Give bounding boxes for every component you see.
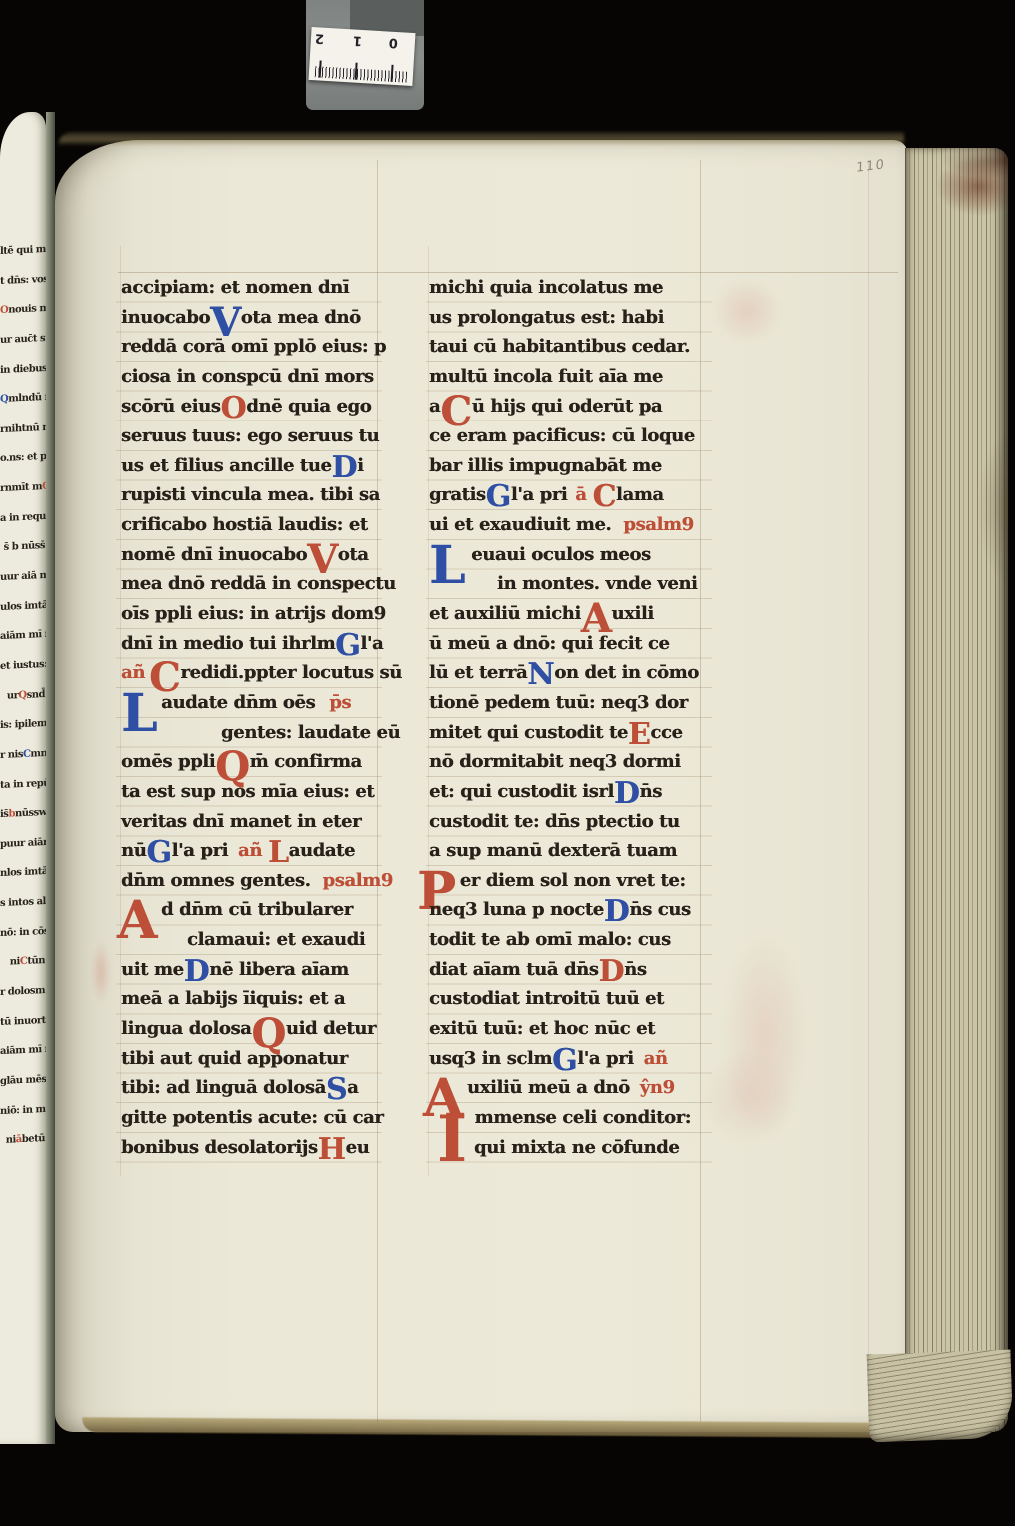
text-line: puur aiām (0, 828, 45, 860)
text-segment: psalm9 (322, 870, 392, 891)
text-line: rnmīt mC (0, 472, 45, 504)
text-segment: tū inuortū (0, 1014, 46, 1027)
text-line: Onouis mē (0, 294, 45, 326)
text-segment: ciosa in conspcū dnī mors (121, 366, 374, 387)
text-segment: seruus tuus: ego seruus tu (121, 425, 379, 446)
text-line: Per diem sol non vret te: (417, 866, 713, 896)
text-segment: añ (644, 1048, 668, 1069)
text-line: r dolosm unū (0, 976, 45, 1008)
text-segment: tibi: ad linguā dolosā (121, 1077, 326, 1098)
text-line: dn̄m omnes gentes.psalm9 (121, 866, 383, 896)
text-line: uur aiā mē (0, 561, 45, 593)
text-line: urQsnd̄ (0, 680, 45, 712)
text-column-right: michi quia incolatus meus prolongatus es… (429, 273, 713, 1162)
text-line: clamaui: et exaudi (187, 925, 383, 955)
text-line: is̄bnūssw (0, 798, 45, 830)
text-segment: psalm9 (623, 514, 693, 535)
text-line: seruus tuus: ego seruus tu (121, 421, 383, 451)
text-line: Immense celi conditor: (437, 1103, 713, 1133)
text-segment: michi quia incolatus me (429, 277, 663, 298)
text-segment: scōrū eius (121, 396, 220, 417)
text-segment: mmense celi conditor: (475, 1107, 691, 1128)
text-line: a sup manū dexterā tuam (429, 836, 713, 866)
text-line: neq3 luna p nocteDn̄s cus (429, 895, 713, 925)
text-segment: betū (22, 1133, 45, 1145)
text-line: michi quia incolatus me (429, 273, 713, 303)
text-segment: rnmīt m (0, 481, 42, 494)
red-initial: A (117, 890, 157, 951)
text-segment: audate (289, 840, 355, 861)
text-segment: et auxiliū michi (429, 603, 581, 624)
text-segment: s̄ b nūss̄ (4, 540, 45, 553)
text-line: bar illis impugnabāt me (429, 451, 713, 481)
text-segment: n̄s cus (629, 899, 690, 920)
text-segment: mnt (30, 748, 46, 760)
text-line: r nisCmnt (0, 739, 45, 771)
text-line: ciosa in conspcū dnī mors (121, 362, 383, 392)
text-segment: redidi.ppter locutus sū (180, 662, 401, 683)
text-segment: ni (6, 1135, 16, 1146)
text-segment: ur auc̄t suat (0, 332, 46, 346)
text-segment: Q (18, 689, 26, 700)
text-segment: rnihtnū n (0, 422, 46, 435)
text-line: tibi aut quid apponatur (121, 1044, 383, 1074)
text-segment: d dn̄m cū tribularer (161, 899, 353, 920)
text-segment: n̄s (624, 959, 646, 980)
manuscript-photo: 2 1 0 ltē qui maydt dn̄s: vostOnouis mēu… (0, 0, 1015, 1526)
text-segment: uxili (611, 603, 653, 624)
text-segment: in diebus mīs (0, 362, 46, 376)
text-line: ce eram pacificus: cū loque (429, 421, 713, 451)
text-segment: dnī in medio tui ihrlm (121, 633, 335, 654)
text-line: rupisti vincula mea. tibi sa (121, 480, 383, 510)
text-segment: nūssw (15, 807, 46, 819)
text-segment: nū (121, 840, 146, 861)
text-line: Ad dn̄m cū tribularer (117, 895, 383, 925)
text-line: Laudate dn̄m oēsp̄s (121, 688, 383, 718)
text-segment: m̄ confirma (250, 751, 362, 772)
text-segment: O (0, 305, 8, 316)
text-segment: ce eram pacificus: cū loque (429, 425, 695, 446)
text-line: tibi: ad linguā dolosāSa (121, 1073, 383, 1103)
text-segment: neq3 luna p nocte (429, 899, 604, 920)
text-line: t dn̄s: vost (0, 265, 45, 297)
text-segment: ur (7, 690, 19, 702)
text-segment: meā a labijs īiquis: et a (121, 988, 345, 1009)
ruler-mm-ticks (315, 66, 407, 82)
text-segment: oīs ppli eius: in atrijs dom9 (121, 603, 386, 624)
ruler-number: 1 (353, 32, 363, 48)
text-line: ur auc̄t suat (0, 324, 45, 356)
text-segment: i (357, 455, 363, 476)
text-segment: añ (238, 840, 262, 861)
text-segment: ta in repūo (0, 777, 46, 790)
text-segment: dnē quia ego (246, 396, 371, 417)
text-segment: rupisti vincula mea. tibi sa (121, 484, 380, 505)
text-line: uit meDnē libera aīam (121, 955, 383, 985)
text-segment: tionē pedem tuū: neq3 dor (429, 692, 688, 713)
text-segment: lū et terrā (429, 662, 527, 683)
leaf-edge-band (46, 112, 55, 1444)
text-line: crificabo hostiā laudis: et (121, 510, 383, 540)
text-segment: er diem sol non vret te: (460, 870, 686, 891)
text-line: gitte potentis acute: cū car (121, 1103, 383, 1133)
text-segment: audate dn̄m oēs (161, 692, 315, 713)
text-segment: todit te ab omī malo: cus (429, 929, 671, 950)
text-segment: n̄s (639, 781, 661, 802)
text-segment: a (347, 1077, 358, 1098)
text-segment: ulos imtāl (0, 599, 46, 612)
text-line: Qmlndū n (0, 383, 45, 415)
text-line: a in requiē (0, 502, 45, 534)
text-line: is: ipilemū (0, 709, 45, 741)
blue-initial: G (146, 835, 171, 870)
text-line: custodit te: dn̄s ptectio tu (429, 807, 713, 837)
text-segment: omēs ppli (121, 751, 215, 772)
text-segment: añ (121, 662, 145, 683)
text-segment: Q (0, 394, 8, 405)
text-segment: r nis (0, 749, 23, 761)
text-line: lū et terrāNon det in cōmo (429, 658, 713, 688)
text-line: gratisGl'a priāClama (429, 480, 713, 510)
text-segment: multū incola fuit aīa me (429, 366, 663, 387)
blue-initial: L (121, 683, 157, 744)
text-line: et: qui custodit isrlDn̄s (429, 777, 713, 807)
text-line: usq3 in sclmGl'a priañ (429, 1044, 713, 1074)
text-segment: diat aīam tuā dn̄s (429, 959, 598, 980)
text-segment: qui mixta ne cōfunde (474, 1137, 679, 1158)
text-line: nūGl'a priañLaudate (121, 836, 383, 866)
fore-edge-page-stack (905, 148, 1008, 1432)
scale-ruler: 2 1 0 (309, 27, 416, 86)
text-line: aiām mī n (0, 1035, 45, 1067)
text-segment: ui et exaudiuit me. (429, 514, 611, 535)
text-line: ū meū a dnō: qui fecit ce (429, 629, 713, 659)
text-segment: s intos alsī (0, 896, 46, 909)
text-line: rnihtnū n (0, 413, 45, 445)
text-segment: o.ns: et pend (0, 451, 46, 465)
text-line: qui mixta ne cōfunde (474, 1133, 713, 1163)
text-line: ta est sup nos mīa eius: et (121, 777, 383, 807)
text-line: et iustus: t̄ (0, 650, 45, 682)
text-segment: veritas dnī manet in eter (121, 811, 361, 832)
text-segment: et iustus: t̄ (0, 659, 46, 672)
text-segment: mlndū n (8, 392, 46, 405)
text-line: veritas dnī manet in eter (121, 807, 383, 837)
text-segment: crificabo hostiā laudis: et (121, 514, 368, 535)
text-line: inuocaboVota mea dnō (121, 303, 383, 333)
text-segment: uxiliū meū a dnō (467, 1077, 630, 1098)
text-line: in diebus mīs (0, 354, 45, 386)
text-column-left: accipiam: et nomen dnīinuocaboVota mea d… (121, 273, 383, 1162)
text-segment: ta est sup nos mīa eius: et (121, 781, 374, 802)
text-segment: mitet qui custodit te (429, 722, 628, 743)
text-segment: bar illis impugnabāt me (429, 455, 662, 476)
text-segment: mea dnō reddā in conspectu (121, 573, 396, 594)
text-line: niābetū (0, 1124, 45, 1156)
text-segment: a (429, 396, 440, 417)
text-segment: ota mea dnō (241, 307, 361, 328)
text-line: diat aīam tuā dn̄sDn̄s (429, 955, 713, 985)
text-segment: custodit te: dn̄s ptectio tu (429, 811, 680, 832)
text-segment: exitū tuū: et hoc nūc et (429, 1018, 655, 1039)
text-segment: reddā corā omī pplō eius: p (121, 336, 386, 357)
text-segment: ni (10, 956, 20, 967)
text-line: exitū tuū: et hoc nūc et (429, 1014, 713, 1044)
bottom-right-page-corner (867, 1350, 1014, 1443)
text-segment: cce (650, 722, 682, 743)
text-line: añCredidi.ppter locutus sū (121, 658, 383, 688)
text-segment: bonibus desolatorijs (121, 1137, 318, 1158)
text-line: aCū hijs qui oderūt pa (429, 392, 713, 422)
text-segment: gitte potentis acute: cū car (121, 1107, 383, 1128)
text-segment: tūn (27, 955, 45, 967)
text-segment: taui cū habitantibus cedar. (429, 336, 690, 357)
text-segment: niō: in mp̄a (0, 1103, 46, 1117)
text-line: taui cū habitantibus cedar. (429, 332, 713, 362)
text-segment: t dn̄s: vost (0, 273, 46, 286)
text-line: glāu mēs (0, 1065, 45, 1097)
text-line: scōrū eiusOdnē quia ego (121, 392, 383, 422)
text-line: niō: in mp̄a (0, 1095, 45, 1127)
text-segment: l'a pri (172, 840, 228, 861)
blue-initial: L (429, 535, 465, 596)
text-segment: nouis mē (8, 303, 46, 316)
red-initial: H (318, 1132, 346, 1167)
text-segment: accipiam: et nomen dnī (121, 277, 349, 298)
text-segment: us prolongatus est: habi (429, 307, 664, 328)
text-line: custodiat introitū tuū et (429, 984, 713, 1014)
text-line: bonibus desolatorijsHeu (121, 1133, 383, 1163)
text-segment: uur aiā mē (0, 570, 46, 583)
text-segment: custodiat introitū tuū et (429, 988, 664, 1009)
text-segment: glāu mēs (0, 1074, 46, 1087)
text-segment: ū hijs qui oderūt pa (472, 396, 662, 417)
text-line: reddā corā omī pplō eius: p (121, 332, 383, 362)
text-line: Auxiliū meū a dnōŷn9 (423, 1073, 713, 1103)
text-line: oīs ppli eius: in atrijs dom9 (121, 599, 383, 629)
text-line: accipiam: et nomen dnī (121, 273, 383, 303)
text-line: omēs ppliQm̄ confirma (121, 747, 383, 777)
text-line: nlos imtāl (0, 857, 45, 889)
text-segment: nomē dnī inuocabo (121, 544, 307, 565)
text-segment: nō: in cōspe (0, 925, 46, 939)
text-segment: et: qui custodit isrl (429, 781, 614, 802)
text-line: nō: in cōspe (0, 917, 45, 949)
text-segment: nō dormitabit neq3 dormi (429, 751, 681, 772)
text-line: nō dormitabit neq3 dormi (429, 747, 713, 777)
text-line: ulos imtāl (0, 591, 45, 623)
text-segment: l'a (360, 633, 383, 654)
text-line: us et filius ancille tueDi (121, 451, 383, 481)
text-line: tū inuortūO (0, 1006, 45, 1038)
text-line: tionē pedem tuū: neq3 dor (429, 688, 713, 718)
red-initial: I (437, 1102, 467, 1177)
text-segment: uit me (121, 959, 184, 980)
text-segment: aiām mī n (0, 1044, 46, 1057)
text-segment: a sup manū dexterā tuam (429, 840, 677, 861)
text-segment: lama (616, 484, 664, 505)
text-line: mea dnō reddā in conspectu (121, 569, 383, 599)
text-line: o.ns: et pend (0, 443, 45, 475)
text-segment: r dolosm unū (0, 984, 46, 998)
page-top-edge-shadow (58, 132, 904, 146)
text-segment: uid detur (286, 1018, 376, 1039)
text-segment: dn̄m omnes gentes. (121, 870, 310, 891)
text-segment: euaui oculos meos (471, 544, 651, 565)
text-segment: on det in cōmo (554, 662, 699, 683)
text-segment: l'a pri (577, 1048, 633, 1069)
facing-page-edge: ltē qui maydt dn̄s: vostOnouis mēur auc̄… (0, 112, 46, 1444)
text-line: s̄ b nūss̄ (0, 531, 45, 563)
text-segment: nē libera aīam (209, 959, 349, 980)
text-segment: gratis (429, 484, 486, 505)
red-initial: L (268, 835, 289, 870)
text-segment: nlos imtāl (0, 866, 46, 879)
text-line: ui et exaudiuit me.psalm9 (429, 510, 713, 540)
text-line: aiām mī n (0, 620, 45, 652)
text-segment: in montes. vnde veni (497, 573, 697, 594)
text-line: niCtūn (0, 946, 45, 978)
text-line: ltē qui mayd (0, 235, 45, 267)
ruler-number: 0 (388, 35, 398, 51)
text-segment: usq3 in sclm (429, 1048, 552, 1069)
text-segment: gentes: laudate eū (221, 722, 400, 743)
text-segment: tibi aut quid apponatur (121, 1048, 348, 1069)
text-segment: ŷn9 (640, 1077, 675, 1098)
text-line: nomē dnī inuocaboVota (121, 540, 383, 570)
text-segment: p̄s (329, 692, 351, 713)
text-line: ta in repūo (0, 769, 45, 801)
text-segment: lingua dolosa (121, 1018, 251, 1039)
text-line: s intos alsī (0, 887, 45, 919)
text-segment: a in requiē (0, 510, 46, 523)
text-segment: inuocabo (121, 307, 210, 328)
text-line: mitet qui custodit teEcce (429, 718, 713, 748)
text-segment: is: ipilemū (0, 718, 46, 731)
ruling-vertical-line (868, 160, 869, 1422)
text-line: Leuaui oculos meos (429, 540, 713, 570)
text-segment: aiām mī n (0, 629, 46, 642)
text-segment: clamaui: et exaudi (187, 929, 365, 950)
text-line: us prolongatus est: habi (429, 303, 713, 333)
text-segment: ā (575, 484, 586, 505)
text-line: todit te ab omī malo: cus (429, 925, 713, 955)
ruler-number: 2 (315, 30, 325, 46)
facing-page-text-fragments: ltē qui maydt dn̄s: vostOnouis mēur auc̄… (0, 235, 45, 1156)
fore-edge-stain (905, 148, 1008, 1432)
text-segment: ota (338, 544, 369, 565)
text-segment: ū meū a dnō: qui fecit ce (429, 633, 670, 654)
text-segment: ltē qui mayd (0, 243, 46, 257)
text-line: lingua dolosaQuid detur (121, 1014, 383, 1044)
text-line: et auxiliū michiAuxili (429, 599, 713, 629)
text-segment: l'a pri (511, 484, 567, 505)
text-segment: snd̄ (27, 689, 45, 701)
text-segment: puur aiām (0, 836, 46, 849)
blue-initial: D (614, 776, 640, 811)
text-segment: eu (346, 1137, 370, 1158)
text-segment: us et filius ancille tue (121, 455, 331, 476)
